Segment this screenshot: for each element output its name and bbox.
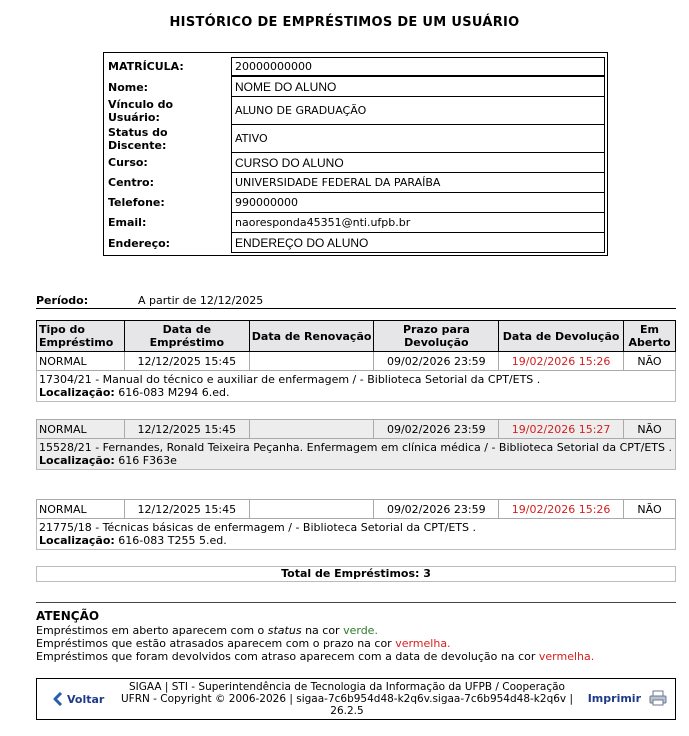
- attention-line-returned-late: Empréstimos que foram devolvidos com atr…: [36, 651, 594, 663]
- info-label: Curso:: [108, 156, 148, 169]
- info-value: ENDEREÇO DO ALUNO: [231, 232, 605, 253]
- page-title: HISTÓRICO DE EMPRÉSTIMOS DE UM USUÁRIO: [0, 15, 689, 30]
- attention-title: ATENÇÃO: [36, 609, 99, 623]
- col-header-data-renovacao: Data de Renovação: [249, 321, 374, 352]
- location-value: 616-083 T255 5.ed.: [118, 534, 226, 547]
- footer: Voltar SIGAA | STI - Superintendência de…: [36, 678, 676, 720]
- attention-emphasis: status: [268, 624, 302, 637]
- attention-text: Empréstimos que estão atrasados aparecem…: [36, 637, 395, 650]
- printer-icon: [649, 690, 667, 706]
- table-row-description: 21775/18 - Técnicas básicas de enfermage…: [37, 519, 676, 550]
- cell-prazo: 09/02/2026 23:59: [374, 420, 499, 439]
- attention-text: Empréstimos que foram devolvidos com atr…: [36, 650, 539, 663]
- cell-em-aberto: NÃO: [623, 352, 675, 371]
- col-header-em-aberto: Em Aberto: [623, 321, 675, 352]
- cell-data-devolucao: 19/02/2026 15:26: [499, 500, 624, 519]
- cell-data-devolucao: 19/02/2026 15:26: [499, 352, 624, 371]
- back-label: Voltar: [67, 693, 104, 706]
- location-label: Localização:: [39, 454, 115, 467]
- table-row: NORMAL 12/12/2025 15:45 09/02/2026 23:59…: [37, 500, 676, 519]
- attention-color-green: verde.: [343, 624, 378, 637]
- divider: [36, 602, 676, 603]
- periodo-label: Período:: [36, 294, 88, 307]
- info-value: NOME DO ALUNO: [231, 76, 605, 97]
- info-label: Nome:: [108, 81, 148, 94]
- info-row-email: Email: naoresponda45351@nti.ufpb.br: [104, 212, 607, 232]
- info-value: UNIVERSIDADE FEDERAL DA PARAÍBA: [231, 172, 605, 193]
- info-row-telefone: Telefone: 990000000: [104, 192, 607, 212]
- description-cell: 21775/18 - Técnicas básicas de enfermage…: [37, 519, 676, 550]
- print-button[interactable]: Imprimir: [588, 690, 667, 706]
- attention-color-red: vermelha.: [395, 637, 450, 650]
- info-row-vinculo: Vínculo do Usuário: ALUNO DE GRADUAÇÃO: [104, 96, 607, 124]
- back-button[interactable]: Voltar: [53, 692, 104, 706]
- table-row: NORMAL 12/12/2025 15:45 09/02/2026 23:59…: [37, 352, 676, 371]
- info-row-status: Status do Discente: ATIVO: [104, 124, 607, 152]
- info-label: Status do Discente:: [108, 126, 188, 152]
- loan-table-3: NORMAL 12/12/2025 15:45 09/02/2026 23:59…: [36, 499, 676, 550]
- cell-prazo: 09/02/2026 23:59: [374, 500, 499, 519]
- location-value: 616 F363e: [118, 454, 177, 467]
- info-label: Endereço:: [108, 237, 170, 250]
- info-value: naoresponda45351@nti.ufpb.br: [231, 212, 605, 233]
- cell-tipo: NORMAL: [37, 352, 125, 371]
- location-label: Localização:: [39, 534, 115, 547]
- cell-data-emprestimo: 12/12/2025 15:45: [124, 420, 249, 439]
- info-value: 20000000000: [231, 57, 605, 76]
- cell-tipo: NORMAL: [37, 500, 125, 519]
- cell-data-emprestimo: 12/12/2025 15:45: [124, 500, 249, 519]
- col-header-data-devolucao: Data de Devolução: [499, 321, 624, 352]
- cell-tipo: NORMAL: [37, 420, 125, 439]
- cell-em-aberto: NÃO: [624, 500, 676, 519]
- info-row-matricula: MATRÍCULA: 20000000000: [104, 57, 607, 75]
- table-row-description: 17304/21 - Manual do técnico e auxiliar …: [37, 371, 676, 402]
- cell-em-aberto: NÃO: [624, 420, 676, 439]
- info-label: Centro:: [108, 176, 154, 189]
- description-cell: 15528/21 - Fernandes, Ronald Teixeira Pe…: [37, 439, 676, 470]
- total-loans: Total de Empréstimos: 3: [36, 566, 676, 582]
- info-row-nome: Nome: NOME DO ALUNO: [104, 76, 607, 96]
- user-info-box: MATRÍCULA: 20000000000 Nome: NOME DO ALU…: [103, 52, 608, 256]
- table-row: NORMAL 12/12/2025 15:45 09/02/2026 23:59…: [37, 420, 676, 439]
- loans-header: Tipo do Empréstimo Data de Empréstimo Da…: [36, 320, 676, 402]
- info-value: ATIVO: [231, 124, 605, 153]
- cell-data-renovacao: [249, 352, 374, 371]
- attention-text: Empréstimos em aberto aparecem com o: [36, 624, 268, 637]
- location-label: Localização:: [39, 386, 115, 399]
- info-label: MATRÍCULA:: [108, 60, 184, 73]
- info-value: 990000000: [231, 192, 605, 213]
- col-header-tipo: Tipo do Empréstimo: [37, 321, 125, 352]
- print-label: Imprimir: [588, 692, 641, 705]
- cell-data-emprestimo: 12/12/2025 15:45: [124, 352, 249, 371]
- cell-data-renovacao: [249, 420, 374, 439]
- loan-table-2: NORMAL 12/12/2025 15:45 09/02/2026 23:59…: [36, 419, 676, 470]
- cell-data-devolucao: 19/02/2026 15:27: [499, 420, 624, 439]
- info-row-centro: Centro: UNIVERSIDADE FEDERAL DA PARAÍBA: [104, 172, 607, 192]
- info-label: Vínculo do Usuário:: [108, 98, 188, 124]
- footer-text: SIGAA | STI - Superintendência de Tecnol…: [117, 681, 577, 717]
- attention-text: na cor: [302, 624, 344, 637]
- cell-data-renovacao: [249, 500, 374, 519]
- info-label: Telefone:: [108, 196, 165, 209]
- table-row-description: 15528/21 - Fernandes, Ronald Teixeira Pe…: [37, 439, 676, 470]
- attention-color-red: vermelha.: [539, 650, 594, 663]
- item-description: 21775/18 - Técnicas básicas de enfermage…: [39, 521, 476, 534]
- info-value: ALUNO DE GRADUAÇÃO: [231, 96, 605, 125]
- divider: [36, 308, 676, 309]
- chevron-left-icon: [53, 692, 63, 706]
- periodo-value: A partir de 12/12/2025: [138, 294, 263, 307]
- item-description: 17304/21 - Manual do técnico e auxiliar …: [39, 373, 540, 386]
- attention-line-late: Empréstimos que estão atrasados aparecem…: [36, 638, 451, 650]
- info-value: CURSO DO ALUNO: [231, 152, 605, 173]
- info-label: Email:: [108, 216, 146, 229]
- item-description: 15528/21 - Fernandes, Ronald Teixeira Pe…: [39, 441, 672, 454]
- info-row-curso: Curso: CURSO DO ALUNO: [104, 152, 607, 172]
- cell-prazo: 09/02/2026 23:59: [374, 352, 499, 371]
- col-header-prazo: Prazo para Devolução: [374, 321, 499, 352]
- info-row-endereco: Endereço: ENDEREÇO DO ALUNO: [104, 232, 607, 252]
- col-header-data-emprestimo: Data de Empréstimo: [124, 321, 249, 352]
- attention-line-open: Empréstimos em aberto aparecem com o sta…: [36, 625, 378, 637]
- location-value: 616-083 M294 6.ed.: [118, 386, 229, 399]
- description-cell: 17304/21 - Manual do técnico e auxiliar …: [37, 371, 676, 402]
